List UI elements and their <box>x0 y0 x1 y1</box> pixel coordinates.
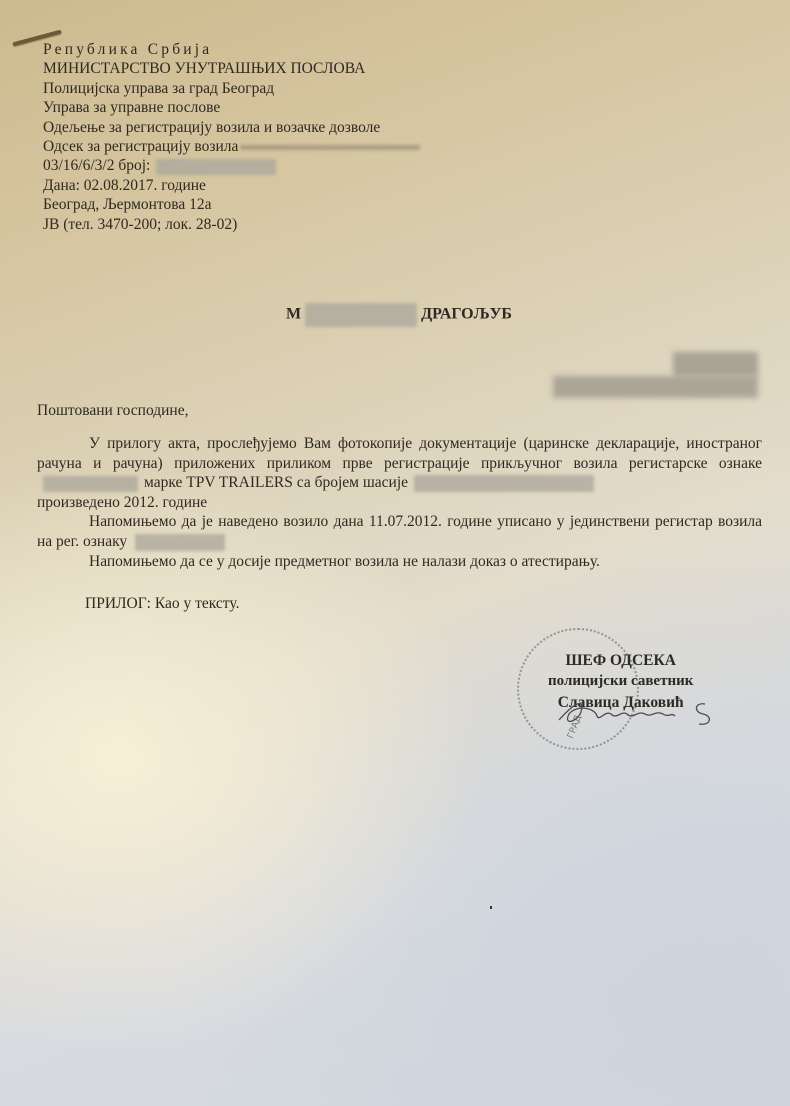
department: Одељење за регистрацију возила и возачке… <box>43 118 420 137</box>
office-address: Београд, Љермонтова 12а <box>43 195 420 214</box>
police-administration: Полицијска управа за град Београд <box>43 79 420 98</box>
document-date: Дана: 02.08.2017. године <box>43 176 420 195</box>
handwritten-signature <box>555 692 735 732</box>
speck <box>490 906 492 909</box>
redacted-surname <box>305 303 417 327</box>
letterhead: Република Србија МИНИСТАРСТВО УНУТРАШЊИХ… <box>43 40 420 234</box>
section: Одсек за регистрацију возила <box>43 137 420 156</box>
paragraph-registration: Напомињемо да је наведено возило дана 11… <box>37 512 762 551</box>
signatory-rank: полицијски саветник <box>548 671 693 692</box>
signatory-title: ШЕФ ОДСЕКА <box>548 650 693 671</box>
paragraph-certification: Напомињемо да се у досије предметног воз… <box>37 552 762 572</box>
office-contact: ЈВ (тел. 3470-200; лок. 28-02) <box>43 215 420 234</box>
letter-body: У прилогу акта, прослеђујемо Вам фотокоп… <box>37 434 762 571</box>
directorate: Управа за управне послове <box>43 98 420 117</box>
paragraph-attachments: У прилогу акта, прослеђујемо Вам фотокоп… <box>37 434 762 493</box>
production-year: произведено 2012. године <box>37 493 762 513</box>
redacted-registration <box>135 534 225 551</box>
redacted-reference <box>156 159 276 175</box>
scanned-letter: Република Србија МИНИСТАРСТВО УНУТРАШЊИХ… <box>0 0 790 1106</box>
redacted-address-line-1 <box>673 352 758 376</box>
redacted-address-line-2 <box>553 376 758 398</box>
redacted-strike <box>240 145 420 150</box>
recipient-name: МДРАГОЉУБ <box>286 303 512 327</box>
ministry-name: МИНИСТАРСТВО УНУТРАШЊИХ ПОСЛОВА <box>43 59 420 78</box>
reference-number: 03/16/6/3/2 број: <box>43 156 420 175</box>
redacted-plate <box>43 476 138 492</box>
redacted-chassis <box>414 475 594 492</box>
republic-name: Република Србија <box>43 40 420 59</box>
annex-note: ПРИЛОГ: Као у тексту. <box>85 595 239 613</box>
salutation: Поштовани господине, <box>37 402 188 420</box>
